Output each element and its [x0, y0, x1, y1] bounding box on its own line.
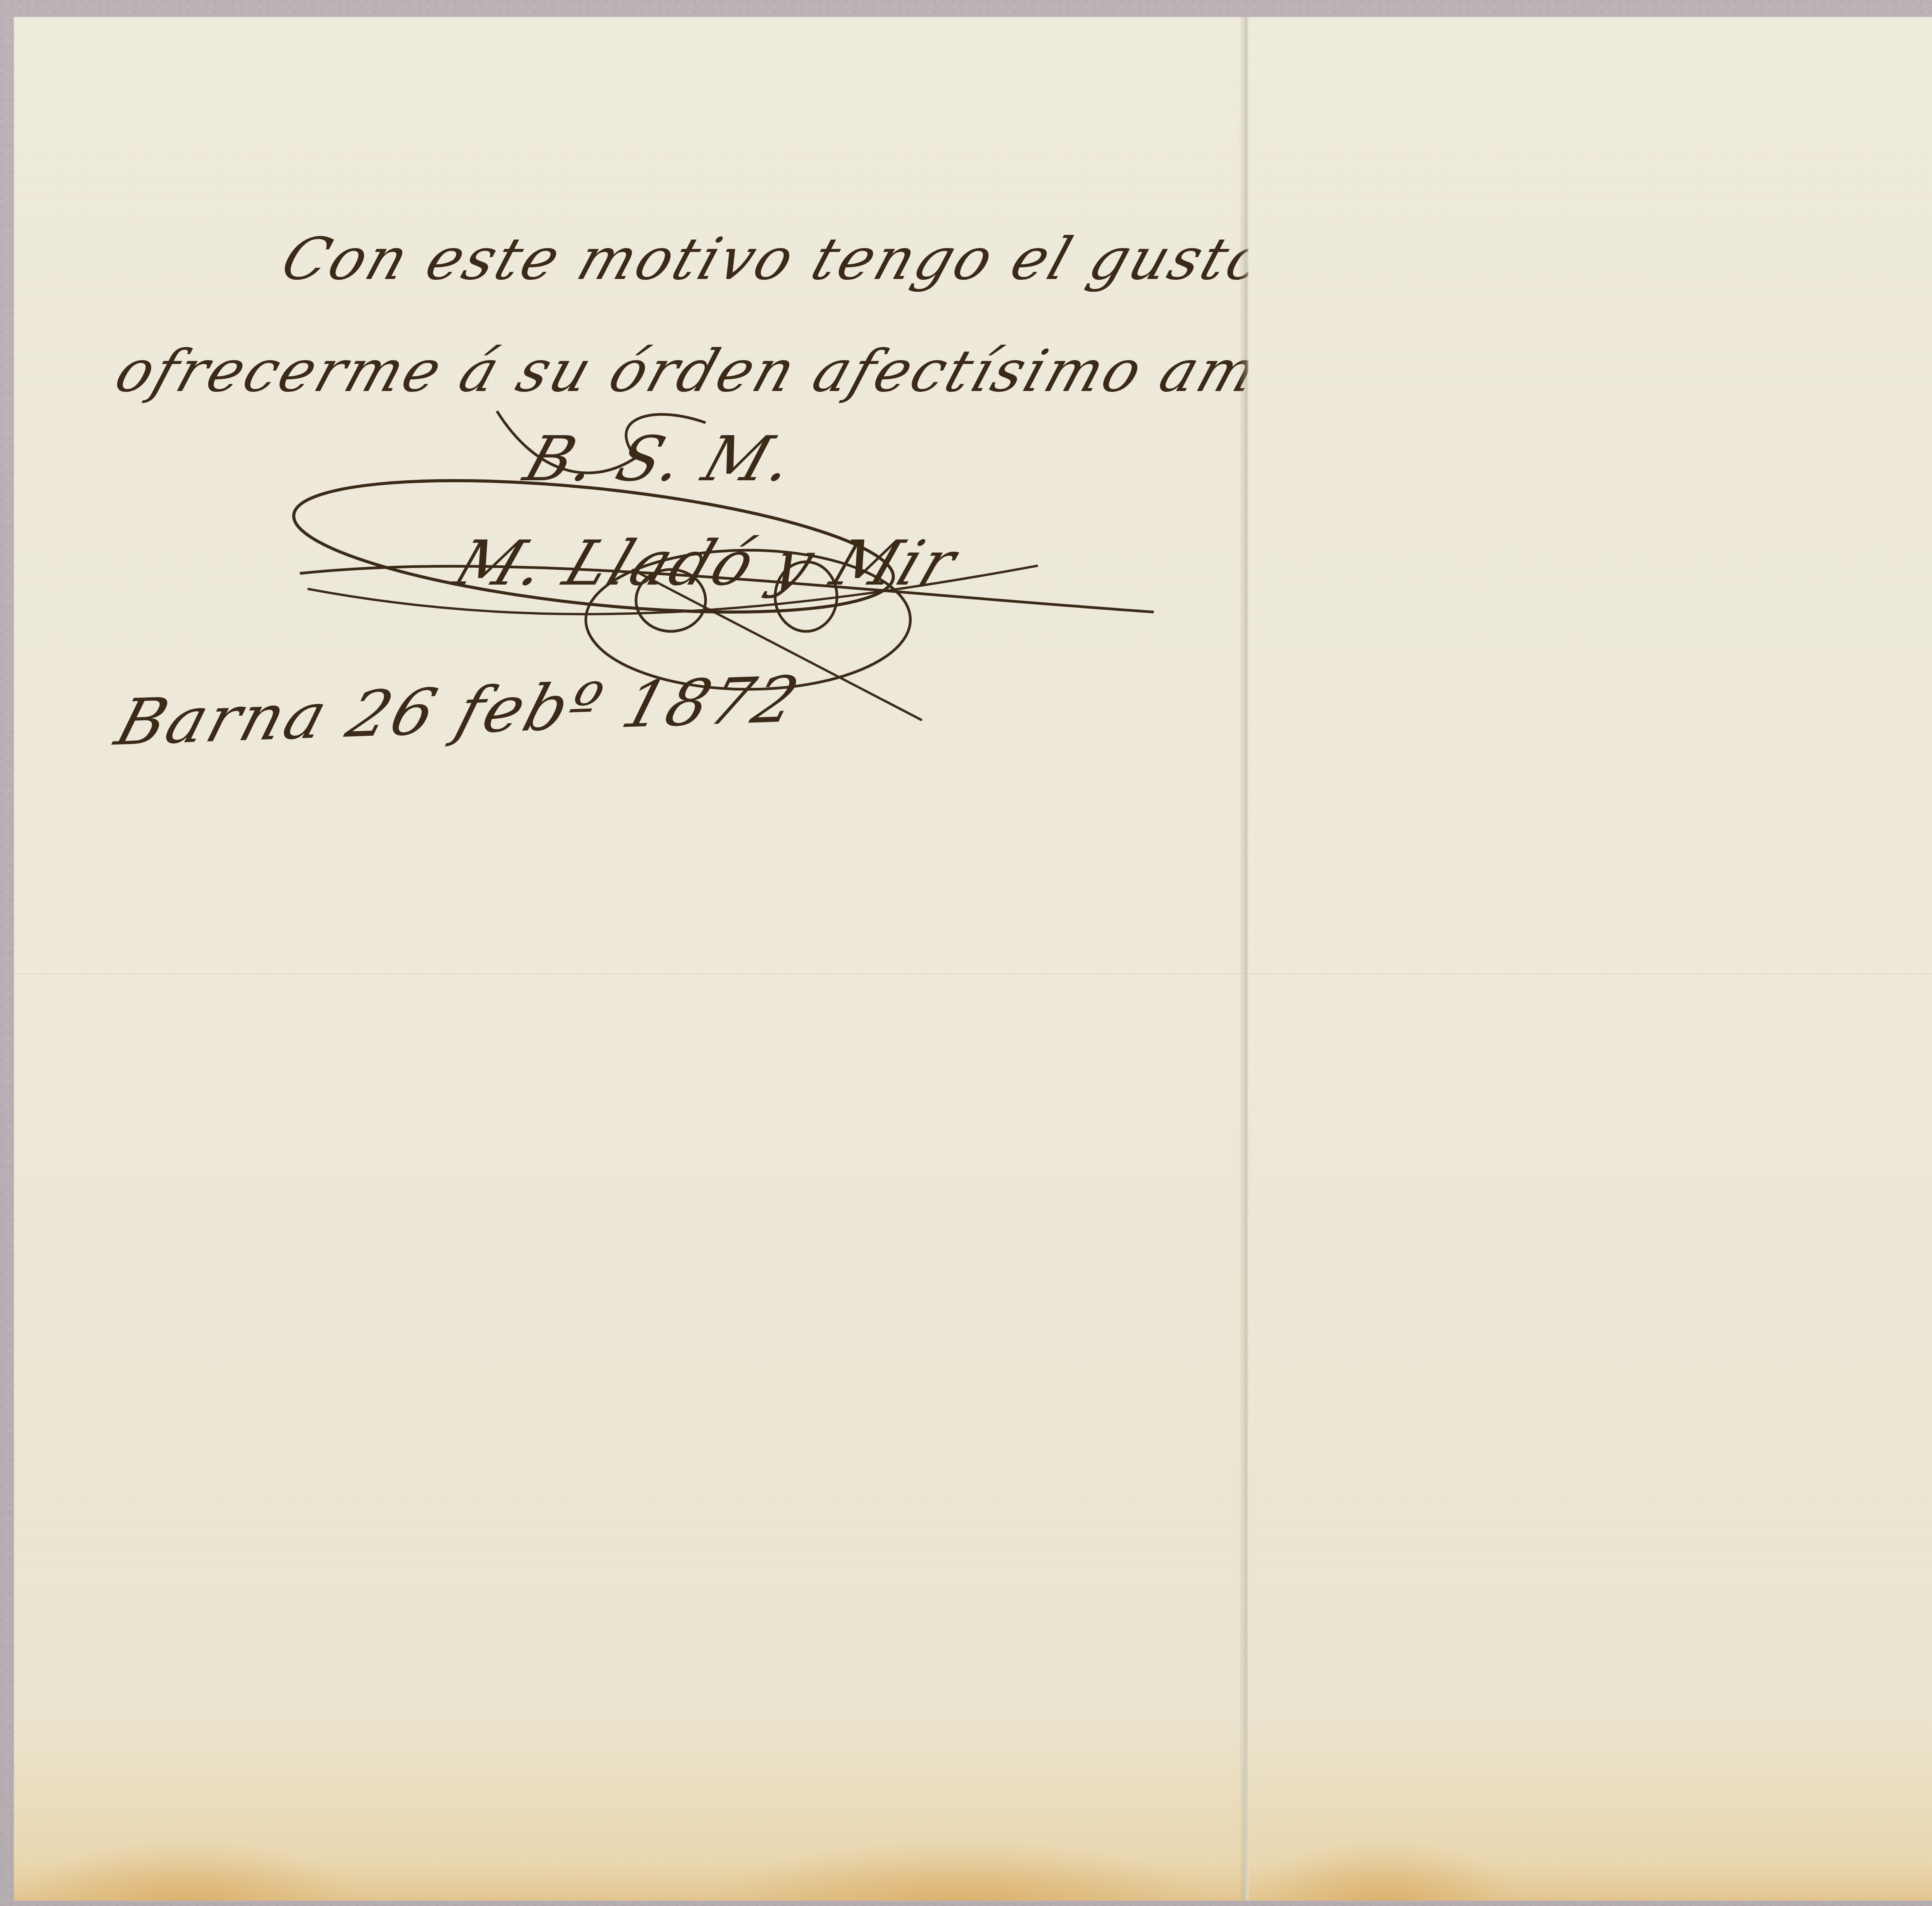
- date-line: Barna 26 febº 1872: [108, 662, 809, 760]
- left-page: Con este motivo tengo el gusto de ofrece…: [14, 17, 1245, 1901]
- horizontal-crease: [1248, 971, 1932, 974]
- letter-sheet: Con este motivo tengo el gusto de ofrece…: [14, 17, 1932, 1901]
- right-page: [1248, 17, 1932, 1901]
- foxing-stain: [14, 1839, 362, 1901]
- foxing-stain: [1248, 1839, 1519, 1901]
- horizontal-crease: [14, 971, 1245, 974]
- foxing-stain: [709, 1839, 1212, 1901]
- letter-text-line-1: Con este motivo tengo el gusto de: [274, 226, 1374, 293]
